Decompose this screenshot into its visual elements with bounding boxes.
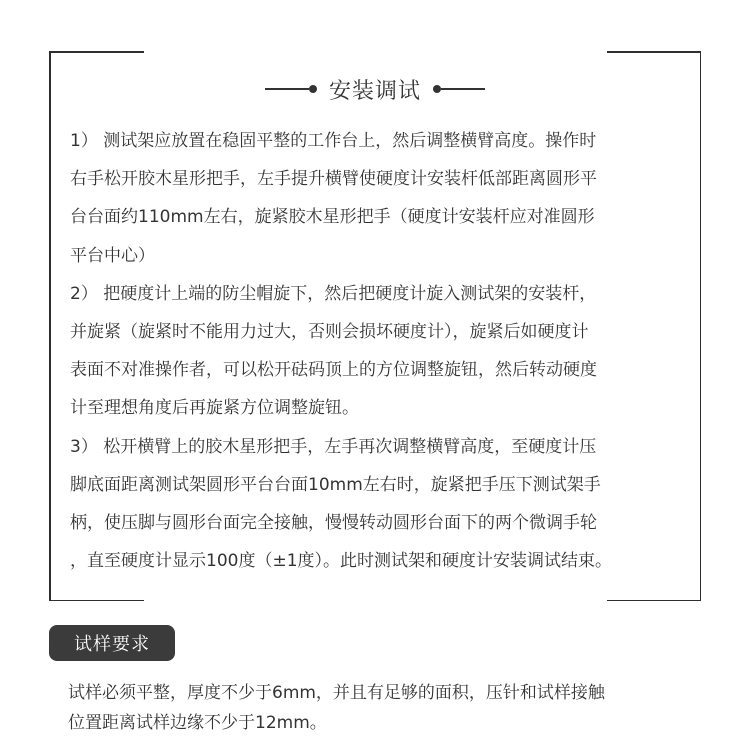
instruction-line: 并旋紧（旋紧时不能用力过大，否则会损坏硬度计），旋紧后如硬度计 xyxy=(70,313,700,351)
section-title: 安装调试 xyxy=(325,74,425,105)
instruction-line: ，直至硬度计显示100度（±1度）。此时测试架和硬度计安装调试结束。 xyxy=(70,542,700,580)
instruction-line: 柄，使压脚与圆形台面完全接触，慢慢转动圆形台面下的两个微调手轮 xyxy=(70,504,700,542)
instruction-line: 平台中心） xyxy=(70,237,700,275)
instruction-line: 计至理想角度后再旋紧方位调整旋钮。 xyxy=(70,389,700,427)
instruction-line: 2） 把硬度计上端的防尘帽旋下，然后把硬度计旋入测试架的安装杆， xyxy=(70,275,700,313)
sample-requirements-text: 试样必须平整，厚度不少于6mm，并且有足够的面积，压针和试样接触 位置距离试样边… xyxy=(68,678,728,738)
instruction-line: 1） 测试架应放置在稳固平整的工作台上，然后调整横臂高度。操作时 xyxy=(70,122,700,160)
sample-requirements-tag: 试样要求 xyxy=(49,625,175,661)
frame-top-left xyxy=(49,51,144,53)
instruction-line: 表面不对准操作者，可以松开砝码顶上的方位调整旋钮，然后转动硬度 xyxy=(70,351,700,389)
frame-bottom-right xyxy=(607,600,701,602)
sample-line: 试样必须平整，厚度不少于6mm，并且有足够的面积，压针和试样接触 xyxy=(68,678,728,708)
instruction-line: 台台面约110mm左右，旋紧胶木星形把手（硬度计安装杆应对准圆形 xyxy=(70,198,700,236)
frame-top-right xyxy=(607,51,701,53)
frame-bottom-left xyxy=(49,600,144,602)
decoration-right-icon xyxy=(433,85,485,93)
install-instructions: 1） 测试架应放置在稳固平整的工作台上，然后调整横臂高度。操作时 右手松开胶木星… xyxy=(70,122,700,580)
frame-left xyxy=(49,51,51,601)
instruction-line: 3） 松开横臂上的胶木星形把手，左手再次调整横臂高度，至硬度计压 xyxy=(70,428,700,466)
sample-line: 位置距离试样边缘不少于12mm。 xyxy=(68,708,728,738)
instruction-line: 脚底面距离测试架圆形平台台面10mm左右时，旋紧把手压下测试架手 xyxy=(70,466,700,504)
instruction-line: 右手松开胶木星形把手，左手提升横臂使硬度计安装杆低部距离圆形平 xyxy=(70,160,700,198)
decoration-left-icon xyxy=(265,85,317,93)
section-header-install: 安装调试 xyxy=(0,72,750,106)
